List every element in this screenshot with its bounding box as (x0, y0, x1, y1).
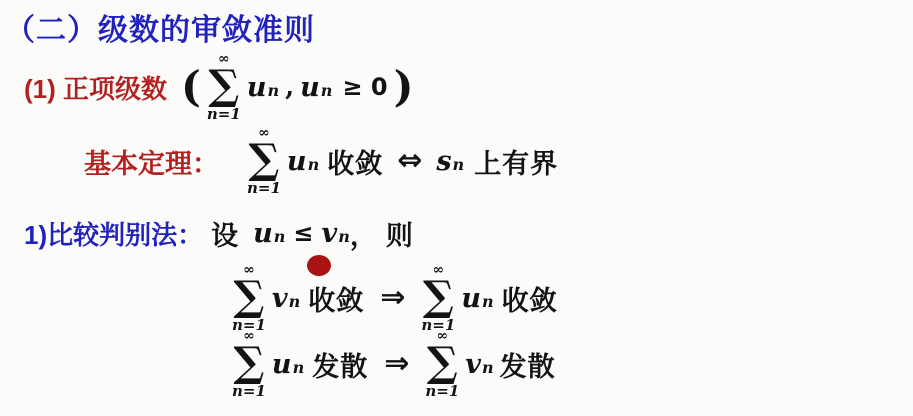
lower-limit: n=1 (207, 107, 241, 122)
positive-series-label: (1) 正项级数 (24, 69, 167, 106)
comparison-test-label: 1)比较判别法： (24, 215, 203, 252)
basic-theorem-label: 基本定理： (84, 142, 219, 181)
diverges-text: 发散 (312, 345, 368, 384)
diverges-text: 发散 (500, 345, 556, 384)
sigma-symbol: ∑ (423, 278, 454, 316)
summation-symbol: ∞ ∑ n=1 (421, 263, 455, 333)
iff-symbol: ⇔ (397, 146, 422, 176)
var-v-sub-n: vn (272, 285, 300, 312)
var-u-sub-n: un (287, 148, 319, 175)
converges-text: 收敛 (327, 142, 383, 181)
var-u-sub-n: un (300, 74, 332, 101)
comparison-test-line: 1)比较判别法： 设 un ≤ vn ， 则 (24, 212, 414, 254)
converges-text: 收敛 (502, 279, 558, 318)
positive-series-line: (1) 正项级数 ( ∞ ∑ n=1 un , un ≥ 0 ) (24, 54, 413, 120)
sigma-symbol: ∑ (427, 344, 458, 382)
sigma-symbol: ∑ (234, 344, 265, 382)
suppose-text: 设 (211, 214, 239, 253)
lower-limit: n=1 (247, 181, 281, 196)
cjk-comma: ， (350, 214, 378, 253)
leq-symbol: ≤ (293, 221, 313, 245)
var-v-sub-n: vn (322, 220, 350, 247)
var-u-sub-n: un (461, 285, 493, 312)
implies-symbol: ⇒ (380, 283, 405, 313)
convergence-implication-line: ∞ ∑ n=1 vn 收敛 ⇒ ∞ ∑ n=1 un 收敛 (232, 264, 558, 332)
comma: , (285, 74, 294, 100)
var-v-sub-n: vn (465, 351, 493, 378)
geq-zero-condition: ≥ 0 (342, 75, 387, 99)
close-paren: ) (394, 66, 414, 108)
summation-symbol: ∞ ∑ n=1 (232, 329, 266, 399)
sigma-symbol: ∑ (249, 141, 280, 179)
var-u-sub-n: un (247, 74, 279, 101)
page-title: （二）级数的审敛准则 (5, 5, 315, 49)
lower-limit: n=1 (425, 384, 459, 399)
summation-symbol: ∞ ∑ n=1 (247, 126, 281, 196)
then-text: 则 (386, 214, 414, 253)
summation-symbol: ∞ ∑ n=1 (207, 52, 241, 122)
basic-theorem-line: 基本定理： ∞ ∑ n=1 un 收敛 ⇔ sn 上有界 (84, 126, 558, 196)
summation-symbol: ∞ ∑ n=1 (425, 329, 459, 399)
lower-limit: n=1 (232, 384, 266, 399)
var-u-sub-n: un (272, 351, 304, 378)
implies-symbol: ⇒ (384, 349, 409, 379)
bounded-above-text: 上有界 (474, 142, 558, 181)
var-u-sub-n: un (253, 220, 285, 247)
lecture-slide: （二）级数的审敛准则 (1) 正项级数 ( ∞ ∑ n=1 un , un ≥ … (0, 0, 913, 416)
var-s-sub-n: sn (436, 148, 464, 175)
divergence-implication-line: ∞ ∑ n=1 un 发散 ⇒ ∞ ∑ n=1 vn 发散 (232, 330, 556, 398)
open-paren: ( (181, 66, 201, 108)
sigma-symbol: ∑ (234, 278, 265, 316)
converges-text: 收敛 (308, 279, 364, 318)
sigma-symbol: ∑ (208, 67, 239, 105)
summation-symbol: ∞ ∑ n=1 (232, 263, 266, 333)
